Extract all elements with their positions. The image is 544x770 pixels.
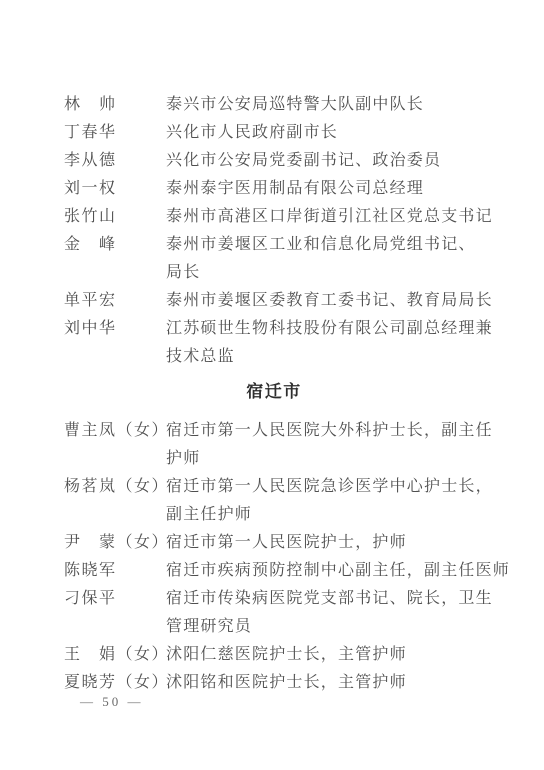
person-name: 杨茗岚（女）: [64, 473, 166, 501]
title-line: 泰州泰宇医用制品有限公司总经理: [166, 175, 484, 203]
person-name: 刘一权: [64, 175, 166, 203]
list-item: 刘一权泰州泰宇医用制品有限公司总经理: [64, 175, 484, 203]
person-title: 宿迁市传染病医院党支部书记、院长，卫生管理研究员: [166, 585, 493, 641]
list-item: 王 娟（女）沭阳仁慈医院护士长，主管护师: [64, 641, 484, 669]
person-title: 兴化市公安局党委副书记、政治委员: [166, 147, 484, 175]
person-title: 泰州泰宇医用制品有限公司总经理: [166, 175, 484, 203]
title-line: 江苏硕世生物科技股份有限公司副总经理兼: [166, 315, 493, 343]
person-title: 江苏硕世生物科技股份有限公司副总经理兼技术总监: [166, 315, 493, 371]
title-line: 局长: [166, 259, 484, 287]
title-line: 技术总监: [166, 343, 493, 371]
title-line: 护师: [166, 445, 493, 473]
person-name: 林 帅: [64, 91, 166, 119]
roster-list: 林 帅泰兴市公安局巡特警大队副中队长丁春华兴化市人民政府副市长李从德兴化市公安局…: [64, 91, 484, 697]
person-title: 沭阳仁慈医院护士长，主管护师: [166, 641, 484, 669]
person-name: 夏晓芳（女）: [64, 669, 166, 697]
list-item: 林 帅泰兴市公安局巡特警大队副中队长: [64, 91, 484, 119]
list-item: 夏晓芳（女）沭阳铭和医院护士长，主管护师: [64, 669, 484, 697]
person-title: 泰州市姜堰区工业和信息化局党组书记、局长: [166, 231, 484, 287]
title-line: 泰州市姜堰区委教育工委书记、教育局局长: [166, 287, 493, 315]
title-line: 宿迁市第一人民医院大外科护士长，副主任: [166, 417, 493, 445]
title-line: 副主任护师: [166, 501, 493, 529]
person-name: 刁保平: [64, 585, 166, 613]
person-name: 尹 蒙（女）: [64, 529, 166, 557]
title-line: 宿迁市第一人民医院护士，护师: [166, 529, 484, 557]
person-name: 陈晓军: [64, 557, 166, 585]
title-line: 宿迁市传染病医院党支部书记、院长，卫生: [166, 585, 493, 613]
person-title: 兴化市人民政府副市长: [166, 119, 484, 147]
person-title: 宿迁市第一人民医院护士，护师: [166, 529, 484, 557]
list-item: 丁春华兴化市人民政府副市长: [64, 119, 484, 147]
list-item: 单平宏泰州市姜堰区委教育工委书记、教育局局长: [64, 287, 484, 315]
person-title: 泰州市高港区口岸街道引江社区党总支书记: [166, 203, 493, 231]
title-line: 管理研究员: [166, 613, 493, 641]
person-name: 刘中华: [64, 315, 166, 343]
person-title: 泰兴市公安局巡特警大队副中队长: [166, 91, 484, 119]
title-line: 沭阳铭和医院护士长，主管护师: [166, 669, 484, 697]
list-item: 尹 蒙（女）宿迁市第一人民医院护士，护师: [64, 529, 484, 557]
title-line: 宿迁市疾病预防控制中心副主任，副主任医师: [166, 557, 510, 585]
person-title: 宿迁市第一人民医院大外科护士长，副主任护师: [166, 417, 493, 473]
person-name: 李从德: [64, 147, 166, 175]
title-line: 兴化市公安局党委副书记、政治委员: [166, 147, 484, 175]
title-line: 泰州市高港区口岸街道引江社区党总支书记: [166, 203, 493, 231]
person-title: 宿迁市第一人民医院急诊医学中心护士长，副主任护师: [166, 473, 493, 529]
person-name: 单平宏: [64, 287, 166, 315]
list-item: 刘中华江苏硕世生物科技股份有限公司副总经理兼技术总监: [64, 315, 484, 371]
list-item: 李从德兴化市公安局党委副书记、政治委员: [64, 147, 484, 175]
list-item: 金 峰泰州市姜堰区工业和信息化局党组书记、局长: [64, 231, 484, 287]
title-line: 沭阳仁慈医院护士长，主管护师: [166, 641, 484, 669]
list-item: 杨茗岚（女）宿迁市第一人民医院急诊医学中心护士长，副主任护师: [64, 473, 484, 529]
list-item: 曹主凤（女）宿迁市第一人民医院大外科护士长，副主任护师: [64, 417, 484, 473]
title-line: 泰州市姜堰区工业和信息化局党组书记、: [166, 231, 484, 259]
document-page: 林 帅泰兴市公安局巡特警大队副中队长丁春华兴化市人民政府副市长李从德兴化市公安局…: [0, 0, 544, 770]
person-name: 丁春华: [64, 119, 166, 147]
person-name: 金 峰: [64, 231, 166, 259]
person-name: 曹主凤（女）: [64, 417, 166, 445]
person-title: 宿迁市疾病预防控制中心副主任，副主任医师: [166, 557, 510, 585]
list-item: 陈晓军宿迁市疾病预防控制中心副主任，副主任医师: [64, 557, 484, 585]
person-name: 张竹山: [64, 203, 166, 231]
list-item: 张竹山泰州市高港区口岸街道引江社区党总支书记: [64, 203, 484, 231]
person-title: 沭阳铭和医院护士长，主管护师: [166, 669, 484, 697]
person-name: 王 娟（女）: [64, 641, 166, 669]
title-line: 兴化市人民政府副市长: [166, 119, 484, 147]
page-number: — 50 —: [80, 694, 144, 710]
section-header: 宿迁市: [64, 378, 484, 406]
title-line: 泰兴市公安局巡特警大队副中队长: [166, 91, 484, 119]
title-line: 宿迁市第一人民医院急诊医学中心护士长，: [166, 473, 493, 501]
person-title: 泰州市姜堰区委教育工委书记、教育局局长: [166, 287, 493, 315]
list-item: 刁保平宿迁市传染病医院党支部书记、院长，卫生管理研究员: [64, 585, 484, 641]
